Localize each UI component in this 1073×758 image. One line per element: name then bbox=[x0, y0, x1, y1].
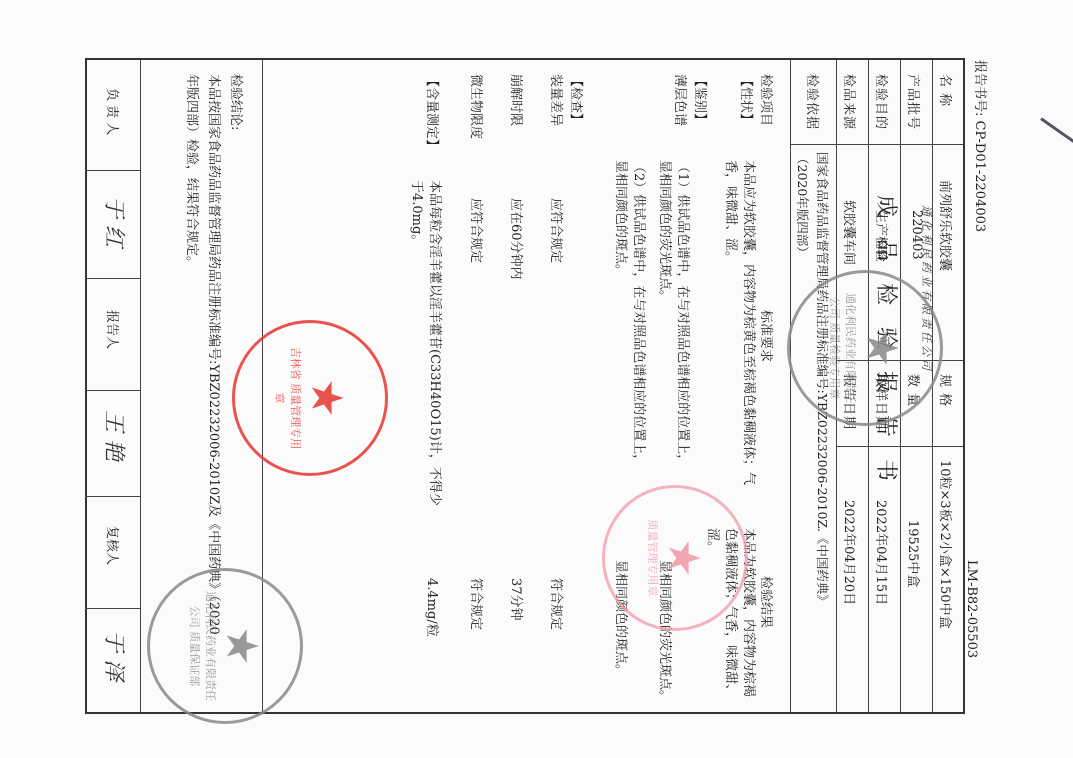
spec-value: 10粒×3板×2小盒×150中盒 bbox=[937, 460, 956, 629]
spec-label: 规 格 bbox=[937, 374, 956, 407]
name-label: 名 称 bbox=[937, 74, 956, 107]
col-divider bbox=[85, 278, 141, 279]
row-standard: 本品应为软胶囊，内容物为棕黄色至棕褐色黏稠液体；气香，味微甜、涩。 bbox=[721, 160, 757, 500]
row-standard: 应符合规定 bbox=[468, 198, 487, 263]
conclusion-text-line2: 年版四部）检验，结果符合规定。 bbox=[184, 74, 203, 269]
col-divider bbox=[85, 608, 141, 609]
row-standard: 应在60分钟内 bbox=[508, 198, 527, 280]
reviewer-signature: 于 泽 bbox=[100, 630, 131, 681]
row-item: 微生物限度 bbox=[468, 74, 487, 139]
col-divider bbox=[85, 390, 141, 391]
row-result: 显相同颜色的斑点。 bbox=[611, 560, 629, 720]
row-item: 薄层色谱 bbox=[672, 74, 691, 126]
quantity-value: 19525中盒 bbox=[905, 520, 924, 587]
row-standard: 本品每粒含淫羊藿以淫羊藿苷(C33H40O15)计，不得少于4.0mg。 bbox=[407, 180, 443, 510]
row-result: 4.4mg/粒 bbox=[424, 578, 443, 637]
row-item: 【检查】 bbox=[568, 74, 587, 126]
col-header-item: 检验项目 bbox=[758, 74, 777, 126]
row-divider bbox=[868, 60, 869, 712]
report-table: 名 称 前列舒乐软胶囊 规 格 10粒×3板×2小盒×150中盒 产品批号 22… bbox=[85, 58, 965, 714]
purpose-value: 生产检验 bbox=[873, 210, 892, 262]
responsible-label: 负 责 人 bbox=[104, 88, 123, 135]
col-divider bbox=[837, 446, 963, 447]
row-divider bbox=[932, 60, 933, 712]
row-divider bbox=[790, 60, 791, 712]
row-divider bbox=[140, 60, 141, 712]
row-result: 显相同颜色的荧光斑点。 bbox=[655, 560, 673, 720]
row-item: 【性状】 bbox=[738, 74, 757, 126]
basis-value-line1: 国家食品药品监督管理局药品注册标准编号:YBZ02232006-2010Z.《中… bbox=[814, 152, 832, 607]
row-divider bbox=[836, 60, 837, 712]
basis-value-line2: （2020年版四部） bbox=[794, 152, 812, 259]
row-standard: 应符合规定 bbox=[548, 198, 567, 263]
col-divider bbox=[85, 496, 141, 497]
batch-value: 220403 bbox=[909, 210, 924, 260]
batch-label: 产品批号 bbox=[905, 74, 924, 130]
sample-date-value: 2022年04月15日 bbox=[873, 500, 892, 605]
report-number: 报告书号: CP-D01-2204003 bbox=[972, 60, 991, 232]
row-result: 本品为软胶囊，内容物为棕褐色黏稠液体；气香，味微甜、涩。 bbox=[703, 528, 757, 704]
row-result: 37分钟 bbox=[508, 578, 527, 621]
row-item: 【含量测定】 bbox=[424, 74, 443, 152]
report-date-value: 2022年04月20日 bbox=[841, 500, 860, 605]
col-divider bbox=[85, 170, 141, 171]
responsible-signature: 于 红 bbox=[100, 196, 131, 247]
row-divider bbox=[262, 60, 263, 712]
report-number-value: CP-D01-2204003 bbox=[972, 121, 987, 233]
conclusion-label: 检验结论: bbox=[228, 74, 247, 130]
row-divider bbox=[900, 60, 901, 712]
quantity-label: 数 量 bbox=[905, 374, 924, 407]
col-divider bbox=[791, 144, 963, 145]
row-result: 符合规定 bbox=[468, 578, 487, 630]
report-date-label: 报告日期 bbox=[841, 374, 860, 430]
source-label: 检品来源 bbox=[841, 74, 860, 130]
source-value: 软胶囊车间 bbox=[841, 200, 860, 265]
row-item: 崩解时限 bbox=[508, 74, 527, 126]
conclusion-text-line1: 本品按国家食品药品监督管理局药品注册标准编号:YBZ02232006-2010Z… bbox=[206, 74, 225, 635]
row-result: 符合规定 bbox=[548, 578, 567, 630]
pen-mark bbox=[1040, 117, 1073, 148]
basis-label: 检验依据 bbox=[804, 74, 823, 130]
row-standard: （1）供试品色谱中，在与对照品色谱相应的位置上，显相同颜色的荧光斑点。 bbox=[655, 160, 691, 470]
report-number-label: 报告书号: bbox=[972, 60, 987, 116]
name-value: 前列舒乐软胶囊 bbox=[937, 180, 956, 271]
inspection-report-page: 通化利民药业有限责任公司 成品检验报告书 报告书号: CP-D01-220400… bbox=[0, 0, 1073, 758]
form-code: LM-B82-05503 bbox=[964, 560, 979, 658]
sample-date-label: 取样日期 bbox=[873, 374, 892, 430]
purpose-label: 检验目的 bbox=[873, 74, 892, 130]
reporter-label: 报告人 bbox=[104, 310, 123, 349]
col-header-standard: 标准要求 bbox=[758, 310, 777, 362]
reviewer-label: 复核人 bbox=[104, 526, 123, 565]
col-divider bbox=[837, 360, 963, 361]
row-item: 装量差异 bbox=[548, 74, 567, 126]
col-header-result: 检验结果 bbox=[758, 576, 777, 628]
row-standard: （2）供试品色谱中，在与对照品色谱相应的位置上，显相同颜色的斑点。 bbox=[611, 160, 647, 470]
reporter-signature: 王 艳 bbox=[100, 410, 131, 461]
row-item: 【鉴别】 bbox=[692, 74, 711, 126]
